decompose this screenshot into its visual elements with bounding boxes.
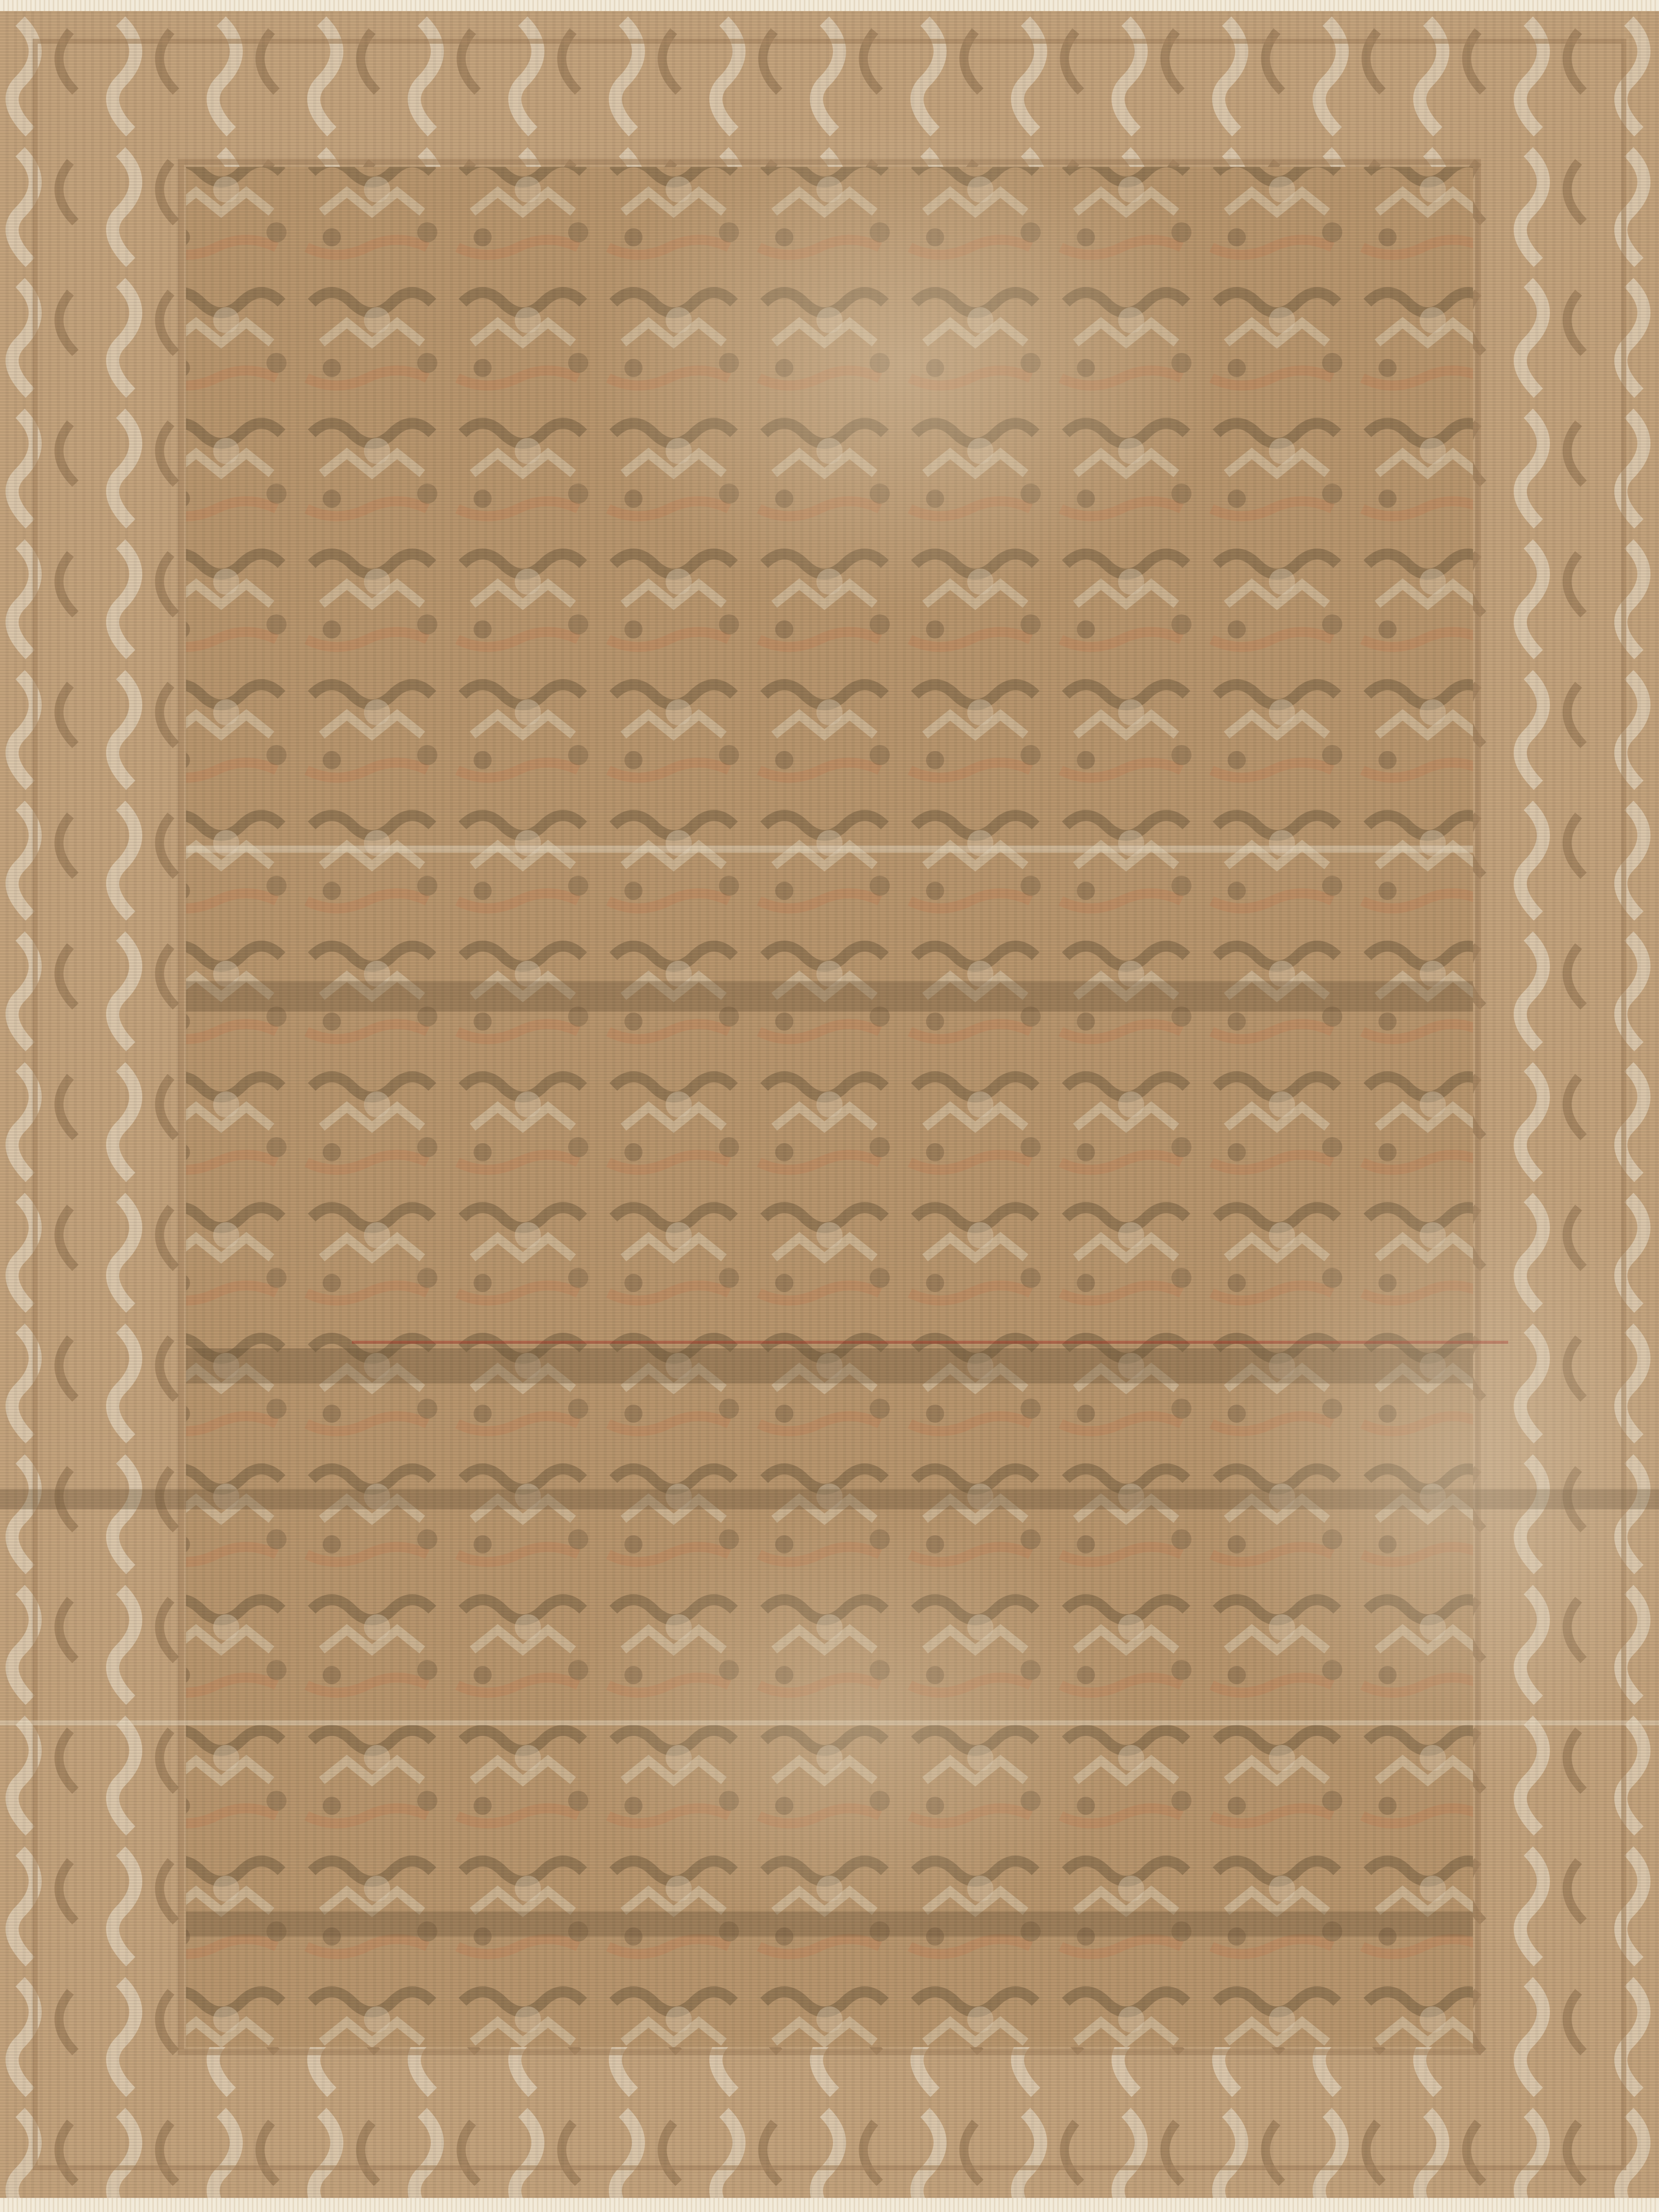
rug-fringe-bottom [0,2198,1659,2212]
rug-photo [0,11,1659,2199]
faded-areas [0,11,1659,2199]
